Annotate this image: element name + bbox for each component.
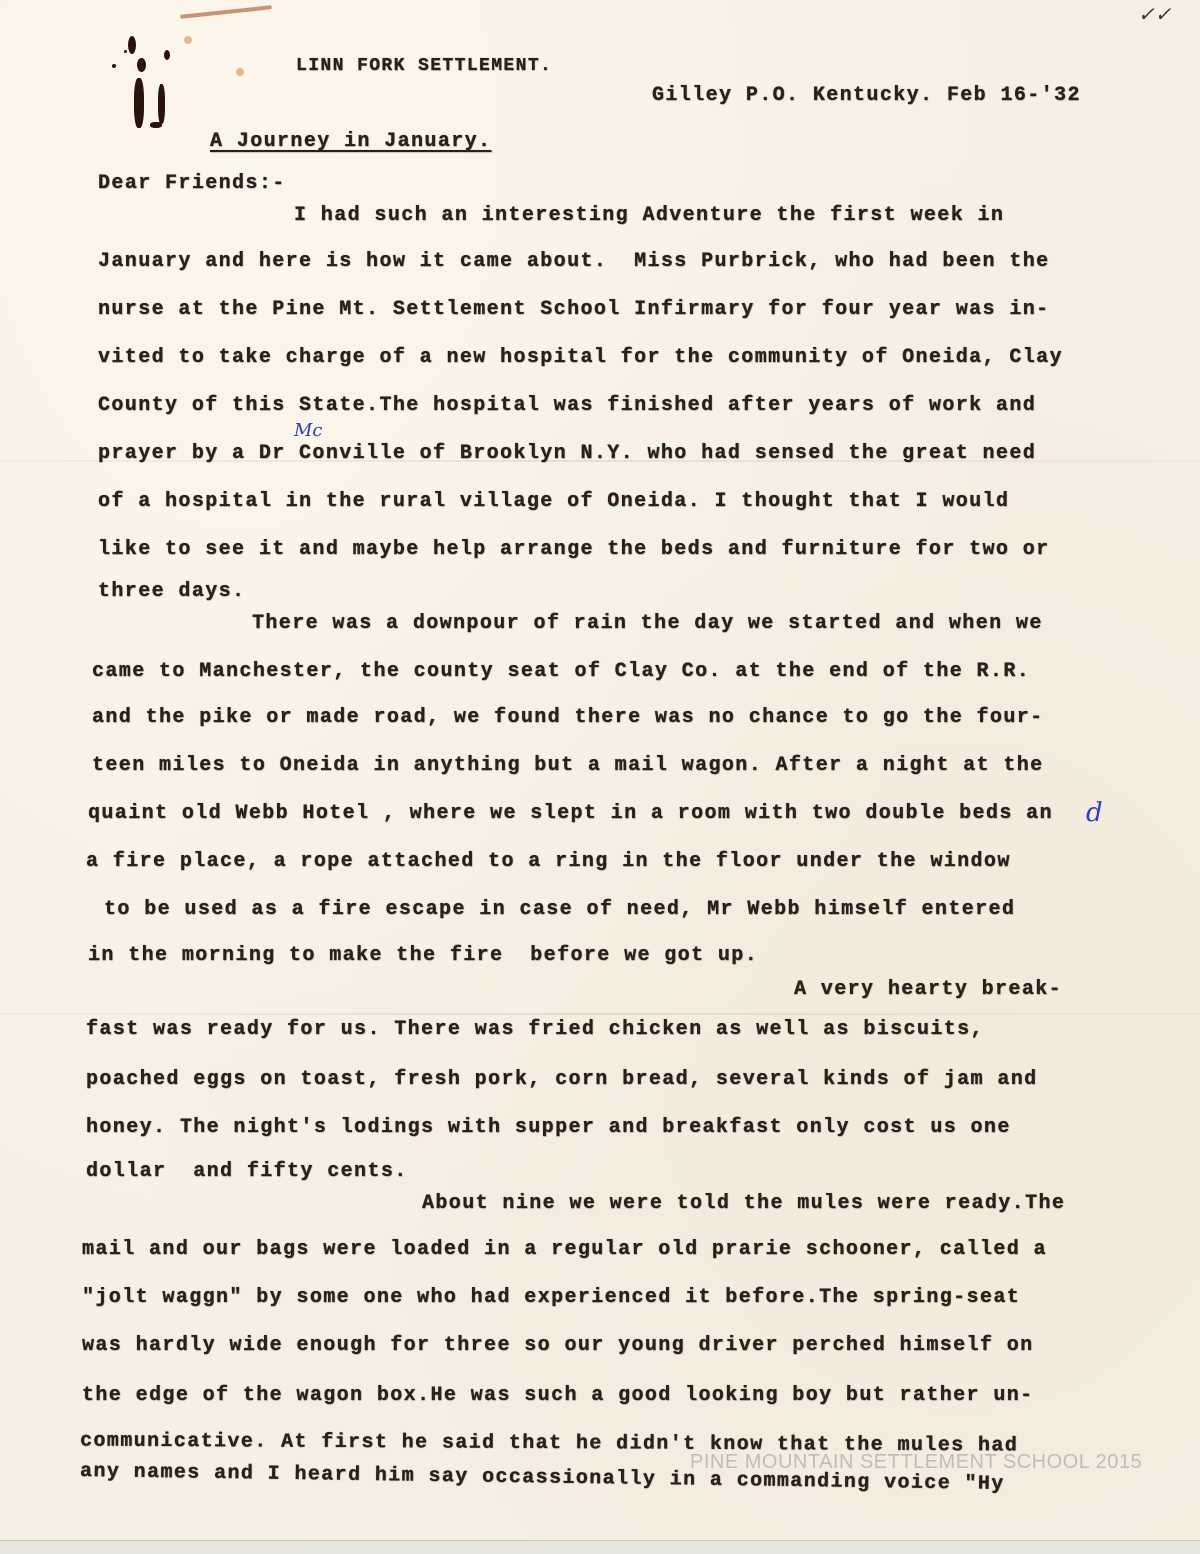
scan-bottom-edge — [0, 1540, 1200, 1554]
body-line: About nine we were told the mules were r… — [422, 1192, 1065, 1215]
body-line: mail and our bags were loaded in a regul… — [82, 1238, 1047, 1261]
body-line: fast was ready for us. There was fried c… — [86, 1018, 984, 1041]
body-line: There was a downpour of rain the day we … — [252, 612, 1043, 635]
body-line: County of this State.The hospital was fi… — [98, 394, 1036, 417]
body-line: prayer by a Dr Conville of Brooklyn N.Y.… — [98, 442, 1036, 465]
location-date: Gilley P.O. Kentucky. Feb 16-'32 — [652, 84, 1081, 107]
body-line: "jolt waggn" by some one who had experie… — [82, 1286, 1020, 1309]
body-line: teen miles to Oneida in anything but a m… — [92, 754, 1044, 777]
body-line: nurse at the Pine Mt. Settlement School … — [98, 298, 1050, 321]
body-line: January and here is how it came about. M… — [98, 250, 1050, 273]
watermark: PINE MOUNTAIN SETTLEMENT SCHOOL 2015 — [690, 1451, 1142, 1474]
handwritten-correction: d — [1086, 798, 1103, 828]
letter-page: ✓✓ LINN FORK SETTLEMENT. Gilley P.O. Ken… — [0, 0, 1200, 1540]
body-line: came to Manchester, the county seat of C… — [92, 660, 1030, 683]
body-line: in the morning to make the fire before w… — [88, 944, 758, 967]
body-line: was hardly wide enough for three so our … — [82, 1334, 1034, 1357]
body-line: dollar and fifty cents. — [86, 1160, 408, 1183]
body-line: A very hearty break- — [794, 978, 1062, 1001]
salutation: Dear Friends:- — [98, 172, 286, 195]
body-line: of a hospital in the rural village of On… — [98, 490, 1009, 513]
handwritten-insertion: Mc — [294, 420, 323, 441]
organization-heading: LINN FORK SETTLEMENT. — [296, 56, 552, 76]
paper-fold — [0, 1013, 1200, 1015]
body-line: poached eggs on toast, fresh pork, corn … — [86, 1068, 1038, 1091]
body-line: three days. — [98, 580, 245, 603]
body-line: to be used as a fire escape in case of n… — [104, 898, 1015, 921]
body-line: a fire place, a rope attached to a ring … — [86, 850, 1011, 873]
letter-title: A Journey in January. — [210, 130, 491, 153]
body-line: I had such an interesting Adventure the … — [294, 204, 1004, 227]
body-line: quaint old Webb Hotel , where we slept i… — [88, 802, 1053, 825]
body-line: honey. The night's lodings with supper a… — [86, 1116, 1011, 1139]
body-line: and the pike or made road, we found ther… — [92, 706, 1044, 729]
body-line: like to see it and maybe help arrange th… — [98, 538, 1050, 561]
body-line: vited to take charge of a new hospital f… — [98, 346, 1063, 369]
body-line: the edge of the wagon box.He was such a … — [82, 1384, 1034, 1407]
check-mark-icon: ✓✓ — [1138, 2, 1172, 26]
